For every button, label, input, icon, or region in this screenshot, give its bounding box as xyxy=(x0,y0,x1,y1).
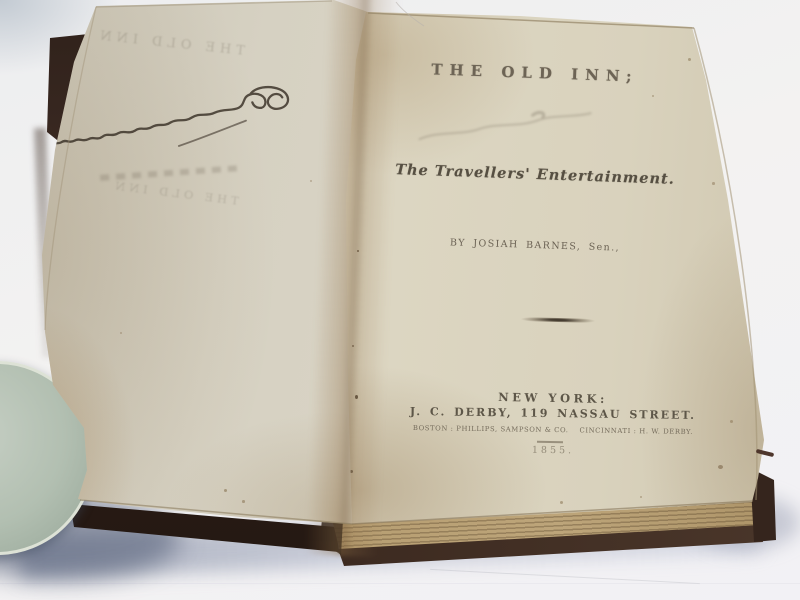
book-byline: BY JOSIAH BARNES, Sen., xyxy=(370,235,700,256)
book-title: THE OLD INN; xyxy=(370,58,700,88)
backdrop-crease-line xyxy=(430,569,700,584)
show-through-script xyxy=(414,105,605,148)
foxing-spot xyxy=(712,182,715,185)
foxing-spot xyxy=(224,489,227,492)
imprint-year: 1855. xyxy=(388,443,718,459)
gutter-speck xyxy=(352,345,354,347)
foxing-spot xyxy=(640,496,642,498)
foxing-spot xyxy=(120,332,122,334)
printer-rule-ornament xyxy=(514,317,602,323)
foxing-spot xyxy=(730,420,733,423)
handwritten-signature xyxy=(37,81,319,163)
foxing-spot xyxy=(560,501,563,504)
gutter-speck xyxy=(355,395,358,399)
imprint-publisher: J. C. DERBY, 119 NASSAU STREET. xyxy=(388,405,718,423)
book-photo: THE OLD INN THE OLD INN THE OLD INN; The… xyxy=(0,0,800,600)
imprint-short-rule xyxy=(537,441,563,443)
foxing-spot xyxy=(310,180,312,182)
foxing-spot xyxy=(242,500,245,503)
foxing-spot xyxy=(688,58,691,61)
foxing-spot xyxy=(718,465,723,469)
show-through-title-mid: THE OLD INN xyxy=(55,171,295,214)
gutter-speck xyxy=(357,250,359,252)
foxing-spot xyxy=(652,95,654,97)
imprint-agents: BOSTON : PHILLIPS, SAMPSON & CO. CINCINN… xyxy=(388,424,718,437)
backdrop-seam-line xyxy=(0,583,800,584)
book-subtitle: The Travellers' Entertainment. xyxy=(370,160,700,189)
